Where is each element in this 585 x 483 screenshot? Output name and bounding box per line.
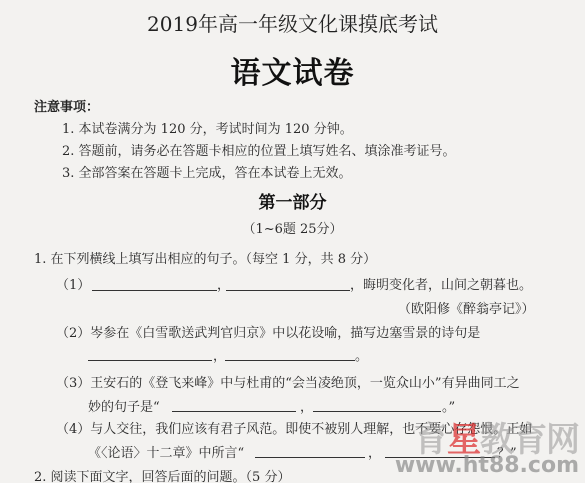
notice-item-2: 2. 答题前，请务必在答题卡相应的位置上填写姓名、填涂准考证号。 — [62, 140, 456, 159]
exam-page: 2019年高一年级文化课摸底考试 语文试卷 注意事项： 1. 本试卷满分为 12… — [0, 0, 585, 483]
section-range: （1~6题 25分） — [0, 218, 585, 237]
answer-blank-1-1[interactable] — [92, 290, 217, 291]
q1-sub4-prefix: 《〈论语〉十二章》中所言“ — [88, 442, 244, 461]
q1-sub1-tail: ，晦明变化者，山间之朝暮也。 — [350, 274, 532, 293]
notice-item-3: 3. 全部答案在答题卡上完成，答在本试卷上无效。 — [62, 162, 352, 181]
q1-sub3-sep: ， — [300, 396, 313, 415]
notice-item-1: 1. 本试卷满分为 120 分，考试时间为 120 分钟。 — [62, 118, 353, 137]
site-watermark: 育星教育网 www.ht88.com — [395, 412, 579, 478]
question-2-stem: 2. 阅读下面文字，回答后面的问题。（5 分） — [34, 466, 290, 483]
q1-sub1-source: （欧阳修《醉翁亭记》） — [398, 298, 535, 317]
section-title: 第一部分 — [0, 188, 585, 213]
question-1-stem: 1. 在下列横线上填写出相应的句子。（每空 1 分，共 8 分） — [34, 248, 376, 267]
answer-blank-3-1[interactable] — [172, 411, 296, 412]
q1-sub1-label: （1） — [56, 274, 90, 293]
answer-blank-2-2[interactable] — [225, 360, 355, 361]
q1-sub3-line1: （3）王安石的《登飞来峰》中与杜甫的“会当凌绝顶，一览众山小”有异曲同工之 — [56, 372, 520, 391]
q1-sub3-prefix: 妙的句子是“ — [88, 396, 160, 415]
answer-blank-2-1[interactable] — [88, 360, 212, 361]
answer-blank-1-2[interactable] — [226, 290, 350, 291]
notice-heading: 注意事项： — [34, 96, 99, 115]
watermark-url: www.ht88.com — [395, 453, 579, 478]
q1-sub2-text: （2）岑参在《白雪歌送武判官归京》中以花设喻，描写边塞雪景的诗句是 — [56, 322, 480, 341]
paper-subject-title: 语文试卷 — [0, 48, 585, 92]
answer-blank-4-1[interactable] — [255, 457, 365, 458]
q1-sub2-end: 。 — [355, 345, 368, 364]
q1-sub4-sep: ， — [368, 442, 381, 461]
exam-title: 2019年高一年级文化课摸底考试 — [0, 8, 585, 37]
q1-sub2-sep: ， — [213, 345, 226, 364]
